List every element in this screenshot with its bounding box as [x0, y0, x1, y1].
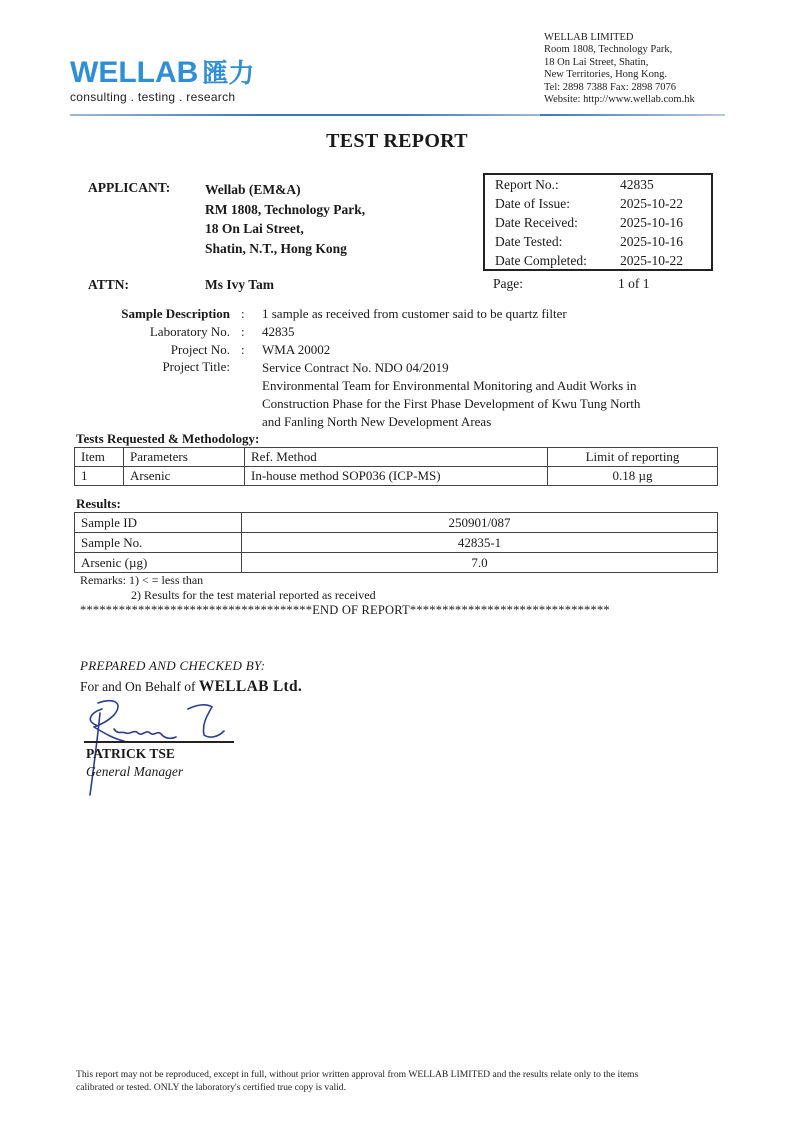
info-value: 2025-10-16	[620, 215, 683, 230]
logo-chinese-name: 匯力	[202, 58, 254, 88]
signature-line	[84, 741, 234, 743]
company-name: WELLAB LIMITED	[544, 32, 695, 44]
report-number-row: Report No.:42835	[495, 177, 654, 193]
table-row: Arsenic (µg) 7.0	[75, 553, 718, 573]
footer-line: This report may not be reproduced, excep…	[76, 1068, 638, 1081]
attn-value: Ms Ivy Tam	[205, 277, 274, 293]
company-website: Website: http://www.wellab.com.hk	[544, 94, 695, 106]
tests-heading: Tests Requested & Methodology:	[76, 431, 259, 447]
logo-tagline: consulting . testing . research	[70, 90, 254, 104]
signer-name: PATRICK TSE	[86, 746, 175, 762]
info-key: Date Tested:	[495, 234, 620, 250]
cell-value: 250901/087	[242, 513, 718, 533]
project-title-line: and Fanling North New Development Areas	[262, 413, 640, 431]
footer-disclaimer: This report may not be reproduced, excep…	[76, 1068, 638, 1094]
applicant-address-line: Shatin, N.T., Hong Kong	[205, 239, 365, 259]
footer-line: calibrated or tested. ONLY the laborator…	[76, 1081, 638, 1094]
project-title-line: Service Contract No. NDO 04/2019	[262, 359, 640, 377]
project-title-label: Project Title:	[80, 359, 230, 375]
col-header-parameters: Parameters	[124, 448, 245, 467]
company-address-line: 18 On Lai Street, Shatin,	[544, 57, 695, 69]
cell-label: Sample ID	[75, 513, 242, 533]
laboratory-no-label: Laboratory No.	[80, 324, 230, 340]
sample-description-label: Sample Description	[80, 306, 230, 322]
remarks-line-1: Remarks: 1) < = less than	[80, 573, 203, 588]
colon: :	[241, 324, 245, 340]
table-row: Sample ID 250901/087	[75, 513, 718, 533]
applicant-address-line: RM 1808, Technology Park,	[205, 200, 365, 220]
table-row: Sample No. 42835-1	[75, 533, 718, 553]
colon: :	[241, 342, 245, 358]
page-value: 1 of 1	[618, 276, 650, 291]
page-title: TEST REPORT	[0, 130, 794, 153]
cell-parameter: Arsenic	[124, 467, 245, 486]
info-value: 42835	[620, 177, 654, 192]
header-rule-right	[540, 114, 725, 116]
project-title-line: Construction Phase for the First Phase D…	[262, 395, 640, 413]
info-value: 2025-10-22	[620, 196, 683, 211]
applicant-address-line: 18 On Lai Street,	[205, 219, 365, 239]
behalf-prefix: For and On Behalf of	[80, 679, 199, 694]
tests-header-row: Item Parameters Ref. Method Limit of rep…	[75, 448, 718, 467]
results-heading: Results:	[76, 496, 121, 512]
page-label: Page:	[493, 276, 618, 292]
company-phone-fax: Tel: 2898 7388 Fax: 2898 7076	[544, 82, 695, 94]
logo-wordmark: WELLAB匯力	[70, 58, 254, 88]
project-no-label: Project No.	[80, 342, 230, 358]
behalf-company: WELLAB Ltd.	[199, 678, 302, 695]
company-logo: WELLAB匯力 consulting . testing . research	[70, 58, 254, 104]
applicant-name: Wellab (EM&A)	[205, 180, 365, 200]
prepared-by-label: PREPARED AND CHECKED BY:	[80, 658, 265, 674]
col-header-limit: Limit of reporting	[548, 448, 718, 467]
end-of-report: ************************************END …	[80, 603, 610, 618]
company-address-line: New Territories, Hong Kong.	[544, 69, 695, 81]
tests-table: Item Parameters Ref. Method Limit of rep…	[74, 447, 718, 486]
cell-label: Sample No.	[75, 533, 242, 553]
col-header-ref-method: Ref. Method	[245, 448, 548, 467]
cell-ref-method: In-house method SOP036 (ICP-MS)	[245, 467, 548, 486]
cell-value: 42835-1	[242, 533, 718, 553]
date-received-row: Date Received:2025-10-16	[495, 215, 683, 231]
info-value: 2025-10-16	[620, 234, 683, 249]
cell-item: 1	[75, 467, 124, 486]
info-key: Date Received:	[495, 215, 620, 231]
company-address-line: Room 1808, Technology Park,	[544, 44, 695, 56]
sample-description-value: 1 sample as received from customer said …	[262, 306, 567, 322]
company-address: WELLAB LIMITED Room 1808, Technology Par…	[544, 32, 695, 106]
signer-title: General Manager	[86, 764, 183, 780]
attn-label: ATTN:	[88, 277, 129, 293]
cell-value: 7.0	[242, 553, 718, 573]
table-row: 1 Arsenic In-house method SOP036 (ICP-MS…	[75, 467, 718, 486]
info-key: Date Completed:	[495, 253, 620, 269]
applicant-address: Wellab (EM&A) RM 1808, Technology Park, …	[205, 180, 365, 258]
remarks-line-2: 2) Results for the test material reporte…	[131, 588, 376, 603]
logo-name: WELLAB	[70, 56, 198, 89]
info-value: 2025-10-22	[620, 253, 683, 268]
header-rule	[70, 114, 540, 116]
report-info-box: Report No.:42835 Date of Issue:2025-10-2…	[483, 173, 713, 271]
on-behalf-of: For and On Behalf of WELLAB Ltd.	[80, 678, 302, 696]
applicant-label: APPLICANT:	[88, 180, 170, 196]
page-number-row: Page:1 of 1	[493, 276, 650, 292]
info-key: Date of Issue:	[495, 196, 620, 212]
laboratory-no-value: 42835	[262, 324, 295, 340]
project-title-line: Environmental Team for Environmental Mon…	[262, 377, 640, 395]
project-title-value: Service Contract No. NDO 04/2019 Environ…	[262, 359, 640, 431]
date-of-issue-row: Date of Issue:2025-10-22	[495, 196, 683, 212]
info-key: Report No.:	[495, 177, 620, 193]
cell-limit: 0.18 µg	[548, 467, 718, 486]
results-table: Sample ID 250901/087 Sample No. 42835-1 …	[74, 512, 718, 573]
col-header-item: Item	[75, 448, 124, 467]
date-completed-row: Date Completed:2025-10-22	[495, 253, 683, 269]
date-tested-row: Date Tested:2025-10-16	[495, 234, 683, 250]
project-no-value: WMA 20002	[262, 342, 330, 358]
cell-label: Arsenic (µg)	[75, 553, 242, 573]
colon: :	[241, 306, 245, 322]
